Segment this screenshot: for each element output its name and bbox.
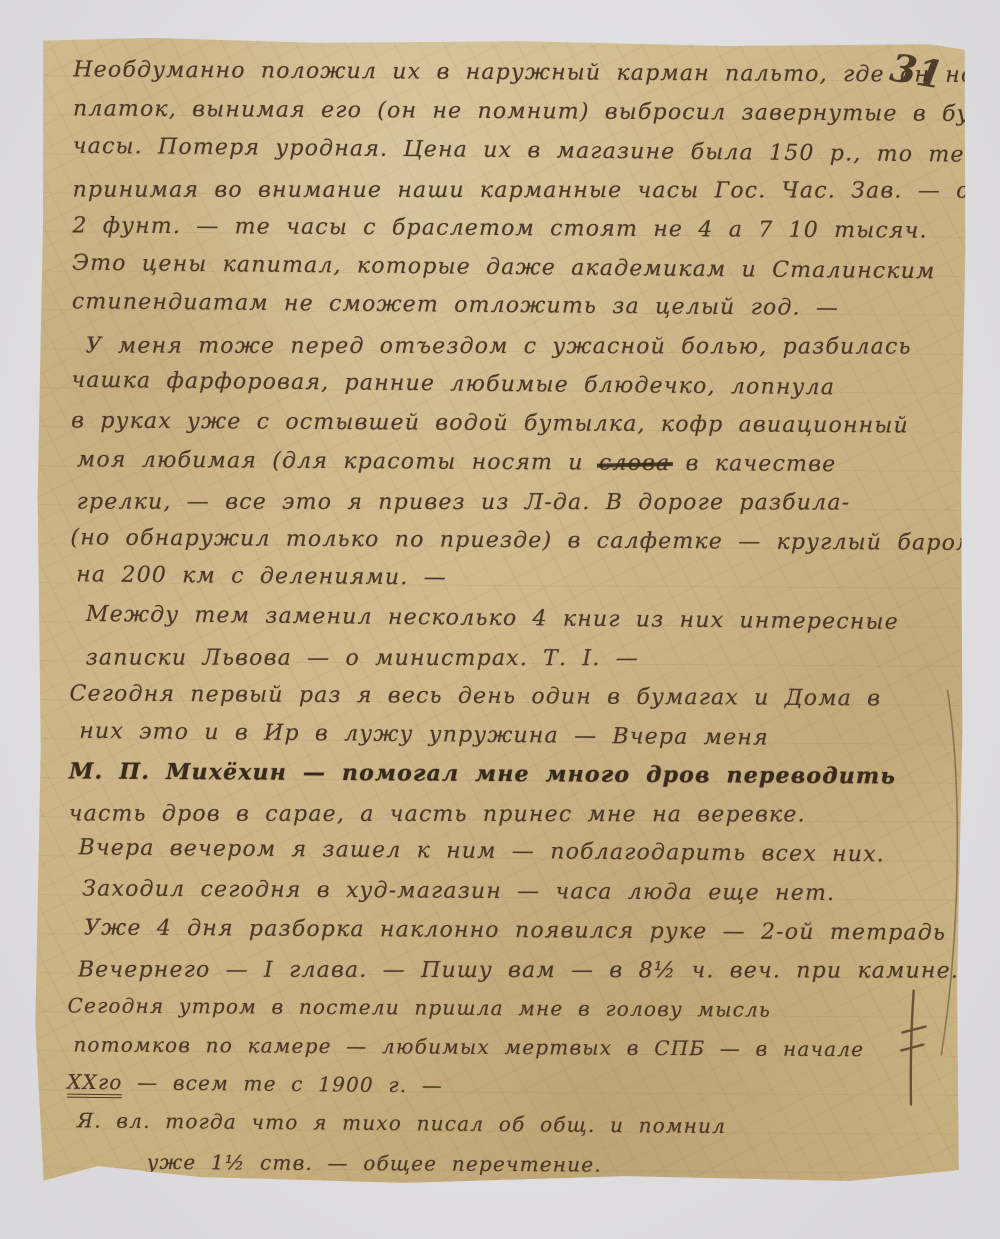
manuscript-line: Сегодня утром в постели пришла мне в гол… <box>67 986 947 1030</box>
manuscript-line: уже 1½ ств. — общее перечтение. <box>67 1142 947 1186</box>
manuscript-line: Заходил сегодня в худ-магазин — часа люд… <box>68 869 948 913</box>
struck-out-word: слова <box>599 451 671 476</box>
manuscript-line: Вчера вечером я зашел к ним — поблагодар… <box>68 828 948 875</box>
manuscript-text-block: Необдуманно положил их в наружный карман… <box>67 50 954 1180</box>
manuscript-page: 31 Необдуманно положил их в наружный кар… <box>33 37 968 1191</box>
manuscript-line: грелки, — все это я привез из Л-да. В до… <box>71 483 951 523</box>
manuscript-line: моя любимая (для красоты носят и слова в… <box>71 440 951 484</box>
manuscript-line: стипендиатам не сможет отложить за целый… <box>72 282 952 329</box>
manuscript-line: У меня тоже перед отъездом с ужасной бол… <box>72 327 952 367</box>
manuscript-line: записки Львова — о министрах. Т. I. — <box>70 639 950 679</box>
manuscript-line: Необдуманно положил их в наружный карман… <box>73 50 953 94</box>
manuscript-line: принимая во внимание наши карманные часы… <box>73 171 953 211</box>
manuscript-line: на 200 км с делениями. — <box>70 555 950 602</box>
manuscript-line: Между тем заменил несколько 4 книг из ни… <box>70 595 950 643</box>
manuscript-line: Я. вл. тогда что я тихо писал об общ. и … <box>67 1101 947 1148</box>
manuscript-line: Вечернего — I глава. — Пишу вам — в 8½ ч… <box>68 951 948 991</box>
manuscript-line: Уже 4 дня разборка наклонно появился рук… <box>68 908 948 952</box>
manuscript-line: в руках уже с остывшей водой бутылка, ко… <box>71 401 951 445</box>
manuscript-line: часы. Потеря уродная. Цена их в магазине… <box>73 127 953 175</box>
manuscript-photo: 31 Необдуманно положил их в наружный кар… <box>0 0 1000 1239</box>
manuscript-line: М. П. Михёхин — помогал мне много дров п… <box>69 752 949 796</box>
underlined-word: XXго <box>67 1070 123 1099</box>
